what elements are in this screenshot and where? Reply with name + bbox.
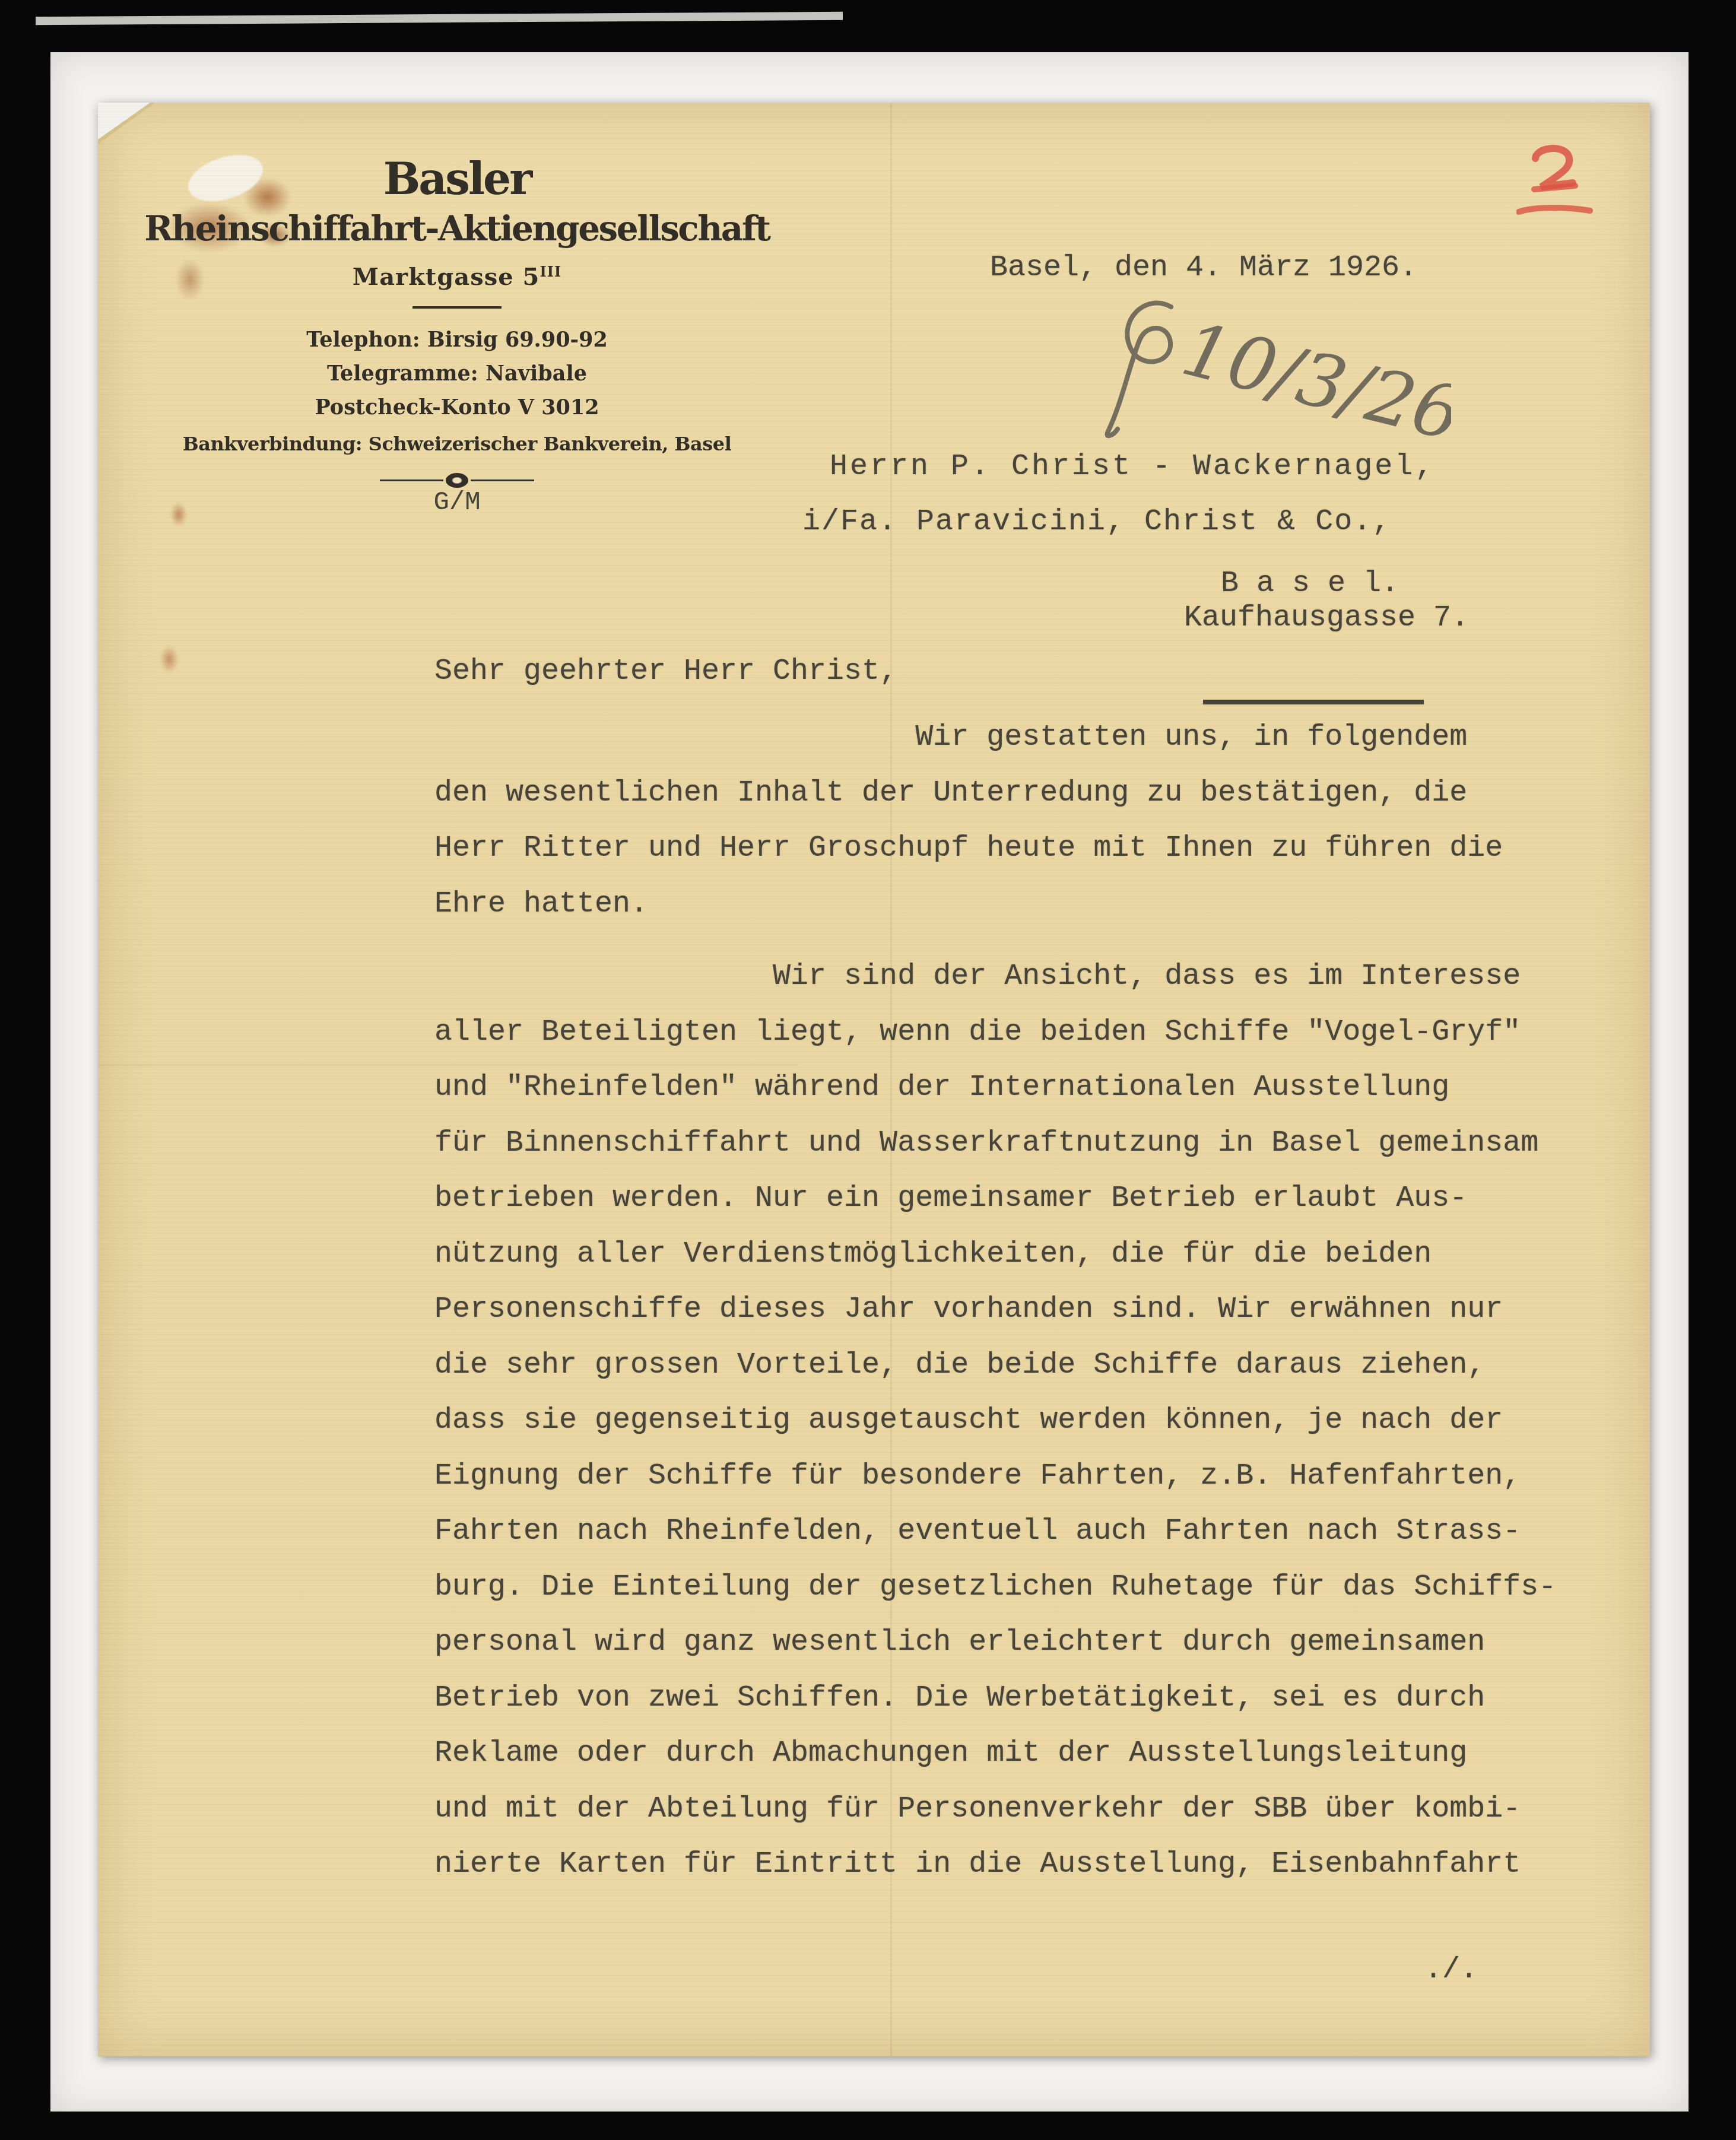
rust-stain xyxy=(156,640,182,679)
body-paragraph: Wir sind der Ansicht, dass es im Interes… xyxy=(434,949,1592,1893)
registry-date-text: 10/3/26 xyxy=(1174,306,1451,458)
company-name-line1: Basler xyxy=(98,154,816,205)
handwritten-registry-mark: 10/3/26 xyxy=(1083,294,1451,460)
letterhead-street: Marktgasse 5III xyxy=(98,263,816,291)
scan-artifact xyxy=(36,12,843,25)
body-paragraph: Wir gestatten uns, in folgendem den wese… xyxy=(434,710,1592,932)
letterhead-rule xyxy=(412,306,502,309)
scanned-letter-page: Basler Rheinschiffahrt-Aktiengesellschaf… xyxy=(0,0,1736,2140)
letterhead-ornament-divider xyxy=(380,473,534,488)
continuation-mark: ./. xyxy=(1424,1953,1478,1987)
recipient-city-underline xyxy=(1203,700,1424,704)
salutation: Sehr geehrter Herr Christ, xyxy=(434,655,897,688)
letterhead: Basler Rheinschiffahrt-Aktiengesellschaf… xyxy=(98,103,816,517)
company-name-line2: Rheinschiffahrt-Aktiengesellschaft xyxy=(98,208,816,249)
letter-body: Wir gestatten uns, in folgendem den wese… xyxy=(434,710,1592,1893)
letterhead-contact-line: Telegramme: Navibale xyxy=(98,357,816,390)
photo-mat: Basler Rheinschiffahrt-Aktiengesellschaf… xyxy=(50,52,1689,2112)
letterhead-contact-line: Postcheck-Konto V 3012 xyxy=(98,390,816,424)
ornament-line-right xyxy=(471,480,534,481)
typist-initials: G/M xyxy=(98,488,816,517)
ornament-oval-icon xyxy=(446,473,468,488)
ornament-line-left xyxy=(380,480,443,481)
street-text: Marktgasse 5 xyxy=(353,263,540,291)
recipient-firm: i/Fa. Paravicini, Christ & Co., xyxy=(802,505,1391,539)
recipient-name: Herrn P. Christ - Wackernagel, xyxy=(830,450,1435,484)
letterhead-bank-line: Bankverbindung: Schweizerischer Bankvere… xyxy=(98,433,816,455)
recipient-street: Kaufhausgasse 7. xyxy=(1184,601,1469,635)
street-floor-superscript: III xyxy=(539,263,561,280)
letter-paper: Basler Rheinschiffahrt-Aktiengesellschaf… xyxy=(98,103,1650,2056)
dateline: Basel, den 4. März 1926. xyxy=(990,251,1417,285)
recipient-city: B a s e l. xyxy=(1221,567,1399,601)
letterhead-contact-line: Telephon: Birsig 69.90-92 xyxy=(98,323,816,357)
letterhead-contact-block: Telephon: Birsig 69.90-92Telegramme: Nav… xyxy=(98,323,816,424)
page-number-annotation xyxy=(1516,143,1599,226)
